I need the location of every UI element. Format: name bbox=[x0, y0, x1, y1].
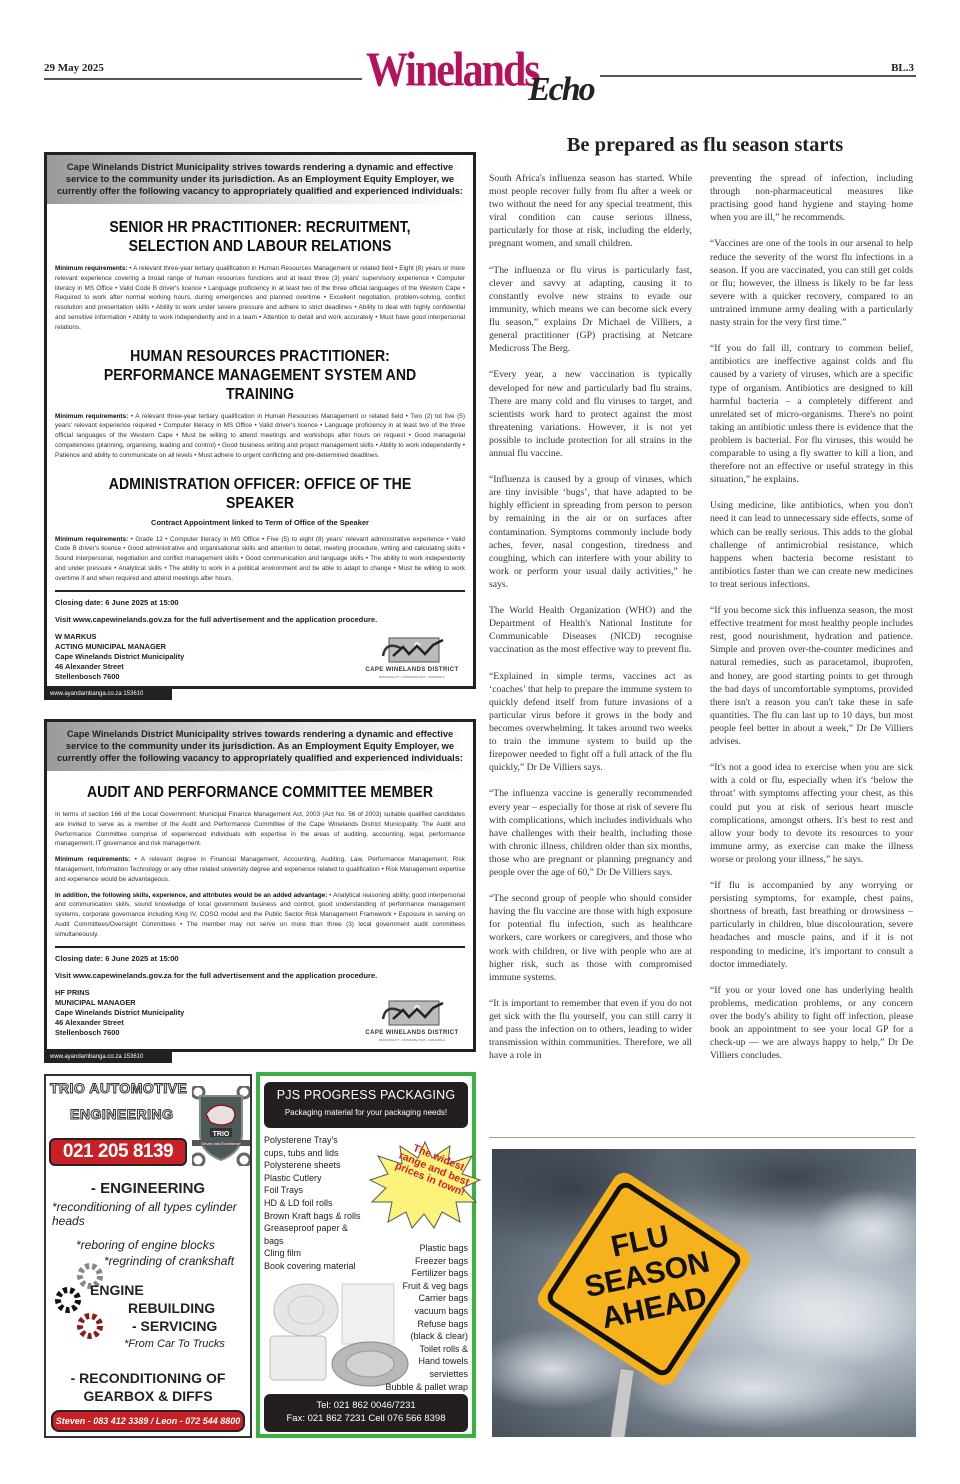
mountain-logo-icon bbox=[379, 999, 445, 1027]
from-car-to-trucks: *From Car To Trucks bbox=[124, 1338, 225, 1350]
reconditioning-heading: - RECONDITIONING OF bbox=[46, 1370, 250, 1386]
article-paragraph: “If flu is accompanied by any worrying o… bbox=[710, 879, 913, 971]
service-item: *reconditioning of all types cylinder he… bbox=[52, 1200, 250, 1228]
divider bbox=[55, 946, 465, 948]
trio-contacts: Steven - 083 412 3389 / Leon - 072 544 8… bbox=[51, 1410, 245, 1432]
servicing-heading: - SERVICING bbox=[132, 1318, 217, 1334]
position-subtitle: Contract Appointment linked to Term of O… bbox=[47, 518, 473, 527]
trio-name-line2: ENGINEERING bbox=[70, 1106, 174, 1122]
newspaper-logo: Winelands Echo bbox=[366, 44, 596, 120]
closing-date: Closing date: 6 June 2025 at 15:00 bbox=[47, 954, 473, 963]
engineering-heading: - ENGINEERING bbox=[46, 1180, 250, 1197]
article-paragraph: “Explained in simple terms, vaccines act… bbox=[489, 670, 692, 775]
masthead: 29 May 2025 Winelands Echo BL.3 bbox=[0, 0, 960, 120]
article-paragraph: “If you or your loved one has underlying… bbox=[710, 984, 913, 1063]
position-title: SENIOR HR PRACTITIONER: RECRUITMENT, SEL… bbox=[78, 218, 442, 256]
pjs-product-list-right: Plastic bags Freezer bags Fertilizer bag… bbox=[385, 1242, 468, 1393]
masthead-rule-right bbox=[600, 75, 916, 77]
divider bbox=[55, 590, 465, 592]
rebuilding-heading: REBUILDING bbox=[128, 1300, 215, 1316]
article-paragraph: “The influenza vaccine is generally reco… bbox=[489, 787, 692, 879]
agency-footer: www.ayandambanga.co.za 153610 bbox=[44, 1052, 172, 1063]
article-paragraph: “If you do fall ill, contrary to common … bbox=[710, 342, 913, 486]
article-paragraph: Using medicine, like antibiotics, when y… bbox=[710, 499, 913, 591]
ad-paragraph: In terms of section 166 of the Local Gov… bbox=[47, 810, 473, 849]
article-divider bbox=[489, 1137, 915, 1138]
article-paragraph: “It is important to remember that even i… bbox=[489, 997, 692, 1062]
visit-website-link[interactable]: Visit www.capewinelands.gov.za for the f… bbox=[47, 615, 473, 624]
position-requirements: Minimum requirements: • A relevant three… bbox=[47, 264, 473, 333]
article-paragraph: South Africa's influenza season has star… bbox=[489, 172, 692, 251]
svg-text:TRIO: TRIO bbox=[213, 1131, 230, 1138]
article-paragraph: “Influenza is caused by a group of virus… bbox=[489, 473, 692, 591]
agency-footer: www.ayandambanga.co.za 153610 bbox=[44, 689, 172, 700]
gears-icon bbox=[50, 1262, 116, 1348]
municipality-vacancy-ad: Cape Winelands District Municipality str… bbox=[44, 152, 476, 689]
service-item: *reboring of engine blocks bbox=[76, 1238, 215, 1252]
position-requirements: Minimum requirements: • A relevant degre… bbox=[47, 855, 473, 884]
position-title: AUDIT AND PERFORMANCE COMMITTEE MEMBER bbox=[78, 783, 442, 802]
issue-date: 29 May 2025 bbox=[44, 62, 104, 74]
trio-automotive-ad: TRIO AUTOMOTIVE ENGINEERING TRIO Driven … bbox=[44, 1074, 252, 1438]
position-requirements: Minimum requirements: • A relevant three… bbox=[47, 412, 473, 461]
article-column-1: South Africa's influenza season has star… bbox=[489, 172, 692, 1075]
audit-committee-ad: Cape Winelands District Municipality str… bbox=[44, 719, 476, 1052]
flu-season-sign-icon: FLU SEASON AHEAD bbox=[492, 1149, 916, 1437]
flu-season-photo: FLU SEASON AHEAD bbox=[492, 1149, 916, 1437]
position-title: HUMAN RESOURCES PRACTITIONER: PERFORMANC… bbox=[78, 347, 442, 404]
trio-shield-badge-icon: TRIO Driven into Excellence bbox=[192, 1086, 250, 1166]
service-item: *regrinding of crankshaft bbox=[104, 1254, 234, 1268]
article-paragraph: preventing the spread of infection, incl… bbox=[710, 172, 913, 224]
masthead-rule-left bbox=[44, 78, 362, 80]
engine-heading: ENGINE bbox=[90, 1282, 144, 1298]
visit-website-link[interactable]: Visit www.capewinelands.gov.za for the f… bbox=[47, 971, 473, 980]
article-paragraph: The World Health Organization (WHO) and … bbox=[489, 604, 692, 656]
ad-intro: Cape Winelands District Municipality str… bbox=[47, 722, 473, 771]
cape-winelands-logo: CAPE WINELANDS DISTRICT MUNICIPALITY • M… bbox=[359, 999, 465, 1045]
position-title: ADMINISTRATION OFFICER: OFFICE OF THE SP… bbox=[78, 475, 442, 513]
logo-winelands: Winelands bbox=[366, 44, 539, 97]
article-paragraph: “Every year, a new vaccination is typica… bbox=[489, 368, 692, 460]
article-paragraph: “Vaccines are one of the tools in our ar… bbox=[710, 237, 913, 329]
article-paragraph: “The influenza or flu virus is particula… bbox=[489, 264, 692, 356]
trio-phone-number: 021 205 8139 bbox=[49, 1138, 187, 1166]
requirements-label: Minimum requirements: bbox=[55, 536, 128, 543]
logo-echo: Echo bbox=[528, 70, 594, 110]
cape-winelands-logo: CAPE WINELANDS DISTRICT MUNICIPALITY • M… bbox=[359, 636, 465, 682]
requirements-label: Minimum requirements: bbox=[55, 265, 128, 272]
article-headline: Be prepared as flu season starts bbox=[482, 134, 928, 157]
mountain-logo-icon bbox=[379, 636, 445, 664]
pjs-fax: Fax: 021 862 7231 Cell 076 566 8398 bbox=[264, 1412, 468, 1425]
closing-date: Closing date: 6 June 2025 at 15:00 bbox=[47, 598, 473, 607]
pjs-tel: Tel: 021 862 0046/7231 bbox=[264, 1399, 468, 1412]
article-paragraph: “The second group of people who should c… bbox=[489, 892, 692, 984]
trio-name-line1: TRIO AUTOMOTIVE bbox=[50, 1080, 187, 1096]
added-advantage: In addition, the following skills, exper… bbox=[47, 891, 473, 940]
pjs-product-list-left: Polysterene Tray's cups, tubs and lids P… bbox=[264, 1134, 361, 1273]
page-number: BL.3 bbox=[891, 62, 914, 74]
pjs-packaging-ad: PJS PROGRESS PACKAGING Packaging materia… bbox=[256, 1072, 476, 1438]
article-paragraph: “If you become sick this influenza seaso… bbox=[710, 604, 913, 748]
pjs-subtitle: Packaging material for your packaging ne… bbox=[264, 1108, 468, 1117]
pjs-header: PJS PROGRESS PACKAGING Packaging materia… bbox=[264, 1082, 468, 1128]
ad-intro: Cape Winelands District Municipality str… bbox=[47, 155, 473, 204]
article-paragraph: “It's not a good idea to exercise when y… bbox=[710, 761, 913, 866]
requirements-label: Minimum requirements: bbox=[55, 413, 128, 420]
pjs-title: PJS PROGRESS PACKAGING bbox=[264, 1088, 468, 1102]
position-requirements: Minimum requirements: • Grade 12 • Compu… bbox=[47, 535, 473, 584]
svg-text:Driven into Excellence: Driven into Excellence bbox=[201, 1141, 241, 1146]
gearbox-heading: GEARBOX & DIFFS bbox=[46, 1388, 250, 1404]
pjs-contact-footer: Tel: 021 862 0046/7231 Fax: 021 862 7231… bbox=[264, 1394, 468, 1432]
article-column-2: preventing the spread of infection, incl… bbox=[710, 172, 913, 1075]
